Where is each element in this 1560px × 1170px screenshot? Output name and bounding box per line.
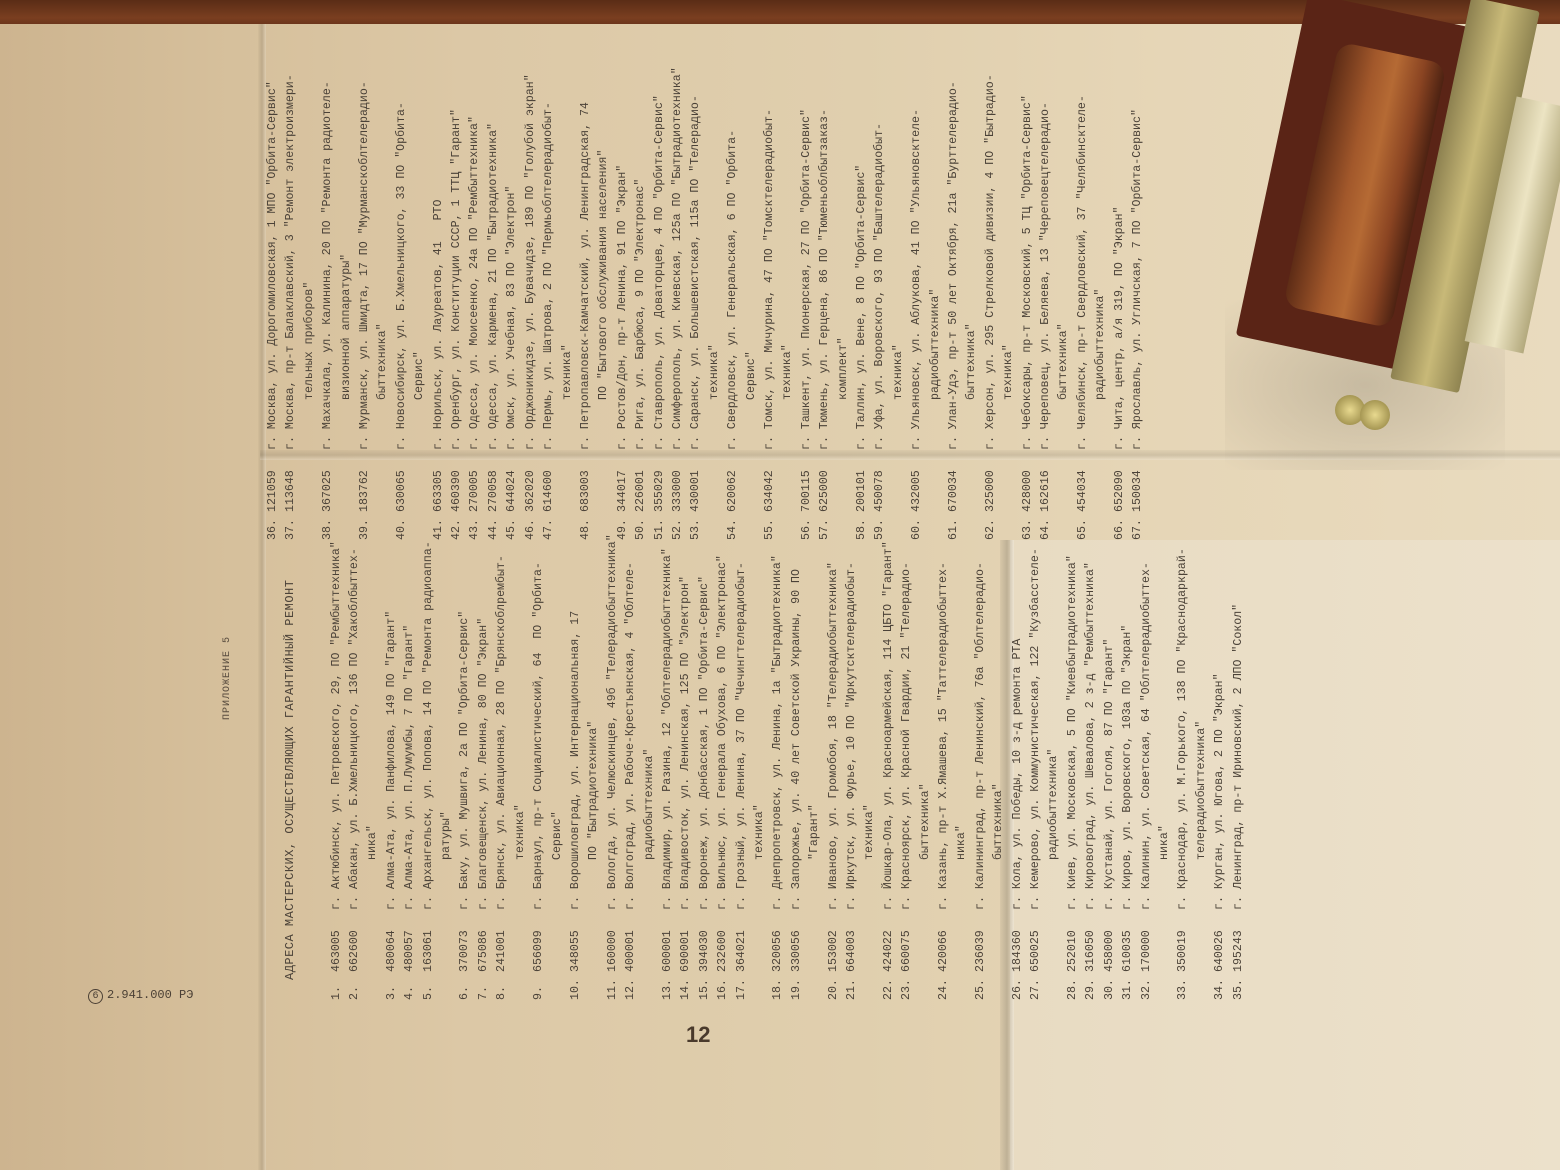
postal-code: 350019 <box>1174 910 1192 972</box>
address-text: г. Благовещенск, ул. Ленина, 80 ПО "Экра… <box>477 618 490 910</box>
entry-number: 27. <box>1027 972 1045 1000</box>
postal-code: 458000 <box>1101 910 1119 972</box>
address-entry: 60.432005г. Ульяновск, ул. Аблукова, 41 … <box>908 40 926 540</box>
entry-number: 34. <box>1211 972 1229 1000</box>
address-entry: 21.664003г. Иркутск, ул. Фурье, 10 ПО "И… <box>843 540 861 1000</box>
postal-code: 700115 <box>798 450 816 512</box>
relay-terminal <box>1360 400 1390 430</box>
address-continuation: техника" <box>861 540 879 1000</box>
postal-code: 454034 <box>1074 450 1092 512</box>
address-continuation: техника" <box>706 40 724 540</box>
entry-number: 21. <box>843 972 861 1000</box>
address-entry: 52.333000г. Симферополь, ул. Киевская, 1… <box>669 40 687 540</box>
entry-number: 47. <box>540 512 558 540</box>
document-code: 62.941.000 РЭ <box>88 988 193 1004</box>
postal-code: 620062 <box>724 450 742 512</box>
postal-code: 195243 <box>1230 910 1248 972</box>
postal-code: 675086 <box>475 910 493 972</box>
entry-number: 4. <box>401 972 419 1000</box>
address-entry: 22.424022г. Йошкар-Ола, ул. Красноармейс… <box>880 540 898 1000</box>
entry-number: 17. <box>733 972 751 1000</box>
entry-number: 16. <box>714 972 732 1000</box>
postal-code: 394030 <box>696 910 714 972</box>
entry-number: 45. <box>503 512 521 540</box>
address-entry: 31.610035г. Киров, ул. Воровского, 103а … <box>1119 540 1137 1000</box>
address-text: г. Красноярск, ул. Красной Гвардии, 21 "… <box>900 562 913 910</box>
address-continuation: техника" <box>1000 40 1018 540</box>
postal-code: 162616 <box>1037 450 1055 512</box>
address-entry: 51.355029г. Ставрополь, ул. Доваторцев, … <box>651 40 669 540</box>
address-list-part-1: АДРЕСА МАСТЕРСКИХ, ОСУЩЕСТВЛЯЮЩИХ ГАРАНТ… <box>244 540 1248 1000</box>
address-entry: 46.362020г. Орджоникидзе, ул. Бувачидзе,… <box>522 40 540 540</box>
entry-number: 51. <box>651 512 669 540</box>
postal-code: 333000 <box>669 450 687 512</box>
address-entry: 2.662600г. Абакан, ул. Б.Хмельницкого, 1… <box>346 540 364 1000</box>
address-entry: 25.236039г. Калининград, пр-т Ленинский,… <box>972 540 990 1000</box>
entry-number: 35. <box>1230 972 1248 1000</box>
address-text: г. Пермь, ул. Шатрова, 2 ПО "Пермьоблтел… <box>542 102 555 450</box>
postal-code: 614600 <box>540 450 558 512</box>
address-text: г. Ростов/Дон, пр-т Ленина, 91 ПО "Экран… <box>616 165 629 450</box>
address-entry: 34.640026г. Курган, ул. Югова, 2 ПО "Экр… <box>1211 540 1229 1000</box>
address-text: г. Чебоксары, пр-т Московский, 5 ТЦ "Орб… <box>1021 95 1034 450</box>
entry-number: 2. <box>346 972 364 1000</box>
entry-number: 13. <box>659 972 677 1000</box>
address-entry: 10.348055г. Ворошиловград, ул. Интернаци… <box>567 540 585 1000</box>
postal-code: 428000 <box>1019 450 1037 512</box>
address-continuation: ника" <box>953 540 971 1000</box>
address-continuation: быттехника" <box>963 40 981 540</box>
entry-number: 20. <box>825 972 843 1000</box>
address-text: г. Воронеж, ул. Донбасская, 1 ПО "Орбита… <box>698 576 711 910</box>
postal-code: 232600 <box>714 910 732 972</box>
entry-number: 39. <box>356 512 374 540</box>
address-continuation: комплект" <box>835 40 853 540</box>
address-text: г. Владимир, ул. Разина, 12 "Облтелеради… <box>661 548 674 910</box>
entry-number: 29. <box>1082 972 1100 1000</box>
address-entry: 62.325000г. Херсон, ул. 295 Стрелковой д… <box>982 40 1000 540</box>
address-text: г. Норильск, ул. Лауреатов, 41 РТО <box>432 200 445 450</box>
postal-code: 367025 <box>319 450 337 512</box>
postal-code: 650025 <box>1027 910 1045 972</box>
document-title: АДРЕСА МАСТЕРСКИХ, ОСУЩЕСТВЛЯЮЩИХ ГАРАНТ… <box>281 540 299 1000</box>
postal-code: 355029 <box>651 450 669 512</box>
address-text: г. Иркутск, ул. Фурье, 10 ПО "Иркутсктел… <box>845 562 858 910</box>
address-list-part-2: 36.121059г. Москва, ул. Дорогомиловская,… <box>264 40 1148 540</box>
postal-code: 656099 <box>530 910 548 972</box>
entry-number: 50. <box>632 512 650 540</box>
address-text: г. Новосибирск, ул. Б.Хмельницкого, 33 П… <box>395 102 408 450</box>
address-text: г. Мурманск, ул. Шмидта, 17 ПО "Мурманск… <box>358 81 371 450</box>
postal-code: 348055 <box>567 910 585 972</box>
postal-code: 450078 <box>871 450 889 512</box>
address-text: г. Казань, пр-т Х.Ямашева, 15 "Таттелера… <box>937 562 950 910</box>
entry-number: 3. <box>383 972 401 1000</box>
address-entry: 65.454034г. Челябинск, пр-т Свердловский… <box>1074 40 1092 540</box>
address-entry: 13.600001г. Владимир, ул. Разина, 12 "Об… <box>659 540 677 1000</box>
address-entry: 64.162616г. Череповец, ул. Беляева, 13 "… <box>1037 40 1055 540</box>
postal-code: 683003 <box>577 450 595 512</box>
address-entry: 45.644024г. Омск, ул. Учебная, 83 ПО "Эл… <box>503 40 521 540</box>
address-text: г. Актюбинск, ул. Петровского, 29, ПО "Р… <box>330 541 343 910</box>
address-continuation: Сервис" <box>549 540 567 1000</box>
address-text: г. Кола, ул. Победы, 10 з-д ремонта РТА <box>1011 639 1024 910</box>
entry-number: 43. <box>466 512 484 540</box>
address-text: г. Днепропетровск, ул. Ленина, 1а "Бытра… <box>771 555 784 910</box>
address-continuation: техника" <box>890 40 908 540</box>
address-text: г. Ярославль, ул. Угличская, 7 ПО "Орбит… <box>1131 109 1144 450</box>
address-text: г. Томск, ул. Мичурина, 47 ПО "Томсктеле… <box>763 109 776 450</box>
postal-code: 252010 <box>1064 910 1082 972</box>
address-text: г. Йошкар-Ола, ул. Красноармейская, 114 … <box>882 541 895 910</box>
address-text: г. Рига, ул. Барбюса, 9 ПО "Электронас" <box>634 179 647 450</box>
address-entry: 36.121059г. Москва, ул. Дорогомиловская,… <box>264 40 282 540</box>
entry-number: 18. <box>769 972 787 1000</box>
appendix-label: ПРИЛОЖЕНИЕ 5 <box>222 636 233 720</box>
entry-number: 12. <box>622 972 640 1000</box>
postal-code: 664003 <box>843 910 861 972</box>
address-entry: 66.652090г. Чита, центр, а/я 319, ПО "Эк… <box>1111 40 1129 540</box>
address-text: г. Калинин, ул. Советская, 64 "Облтелера… <box>1140 562 1153 910</box>
address-text: г. Саранск, ул. Большевистская, 115а ПО … <box>689 95 702 450</box>
entry-number: 15. <box>696 972 714 1000</box>
postal-code: 644024 <box>503 450 521 512</box>
postal-code: 432005 <box>908 450 926 512</box>
address-text: г. Кировоград, ул. Шевалова, 2 з-д "Ремб… <box>1084 562 1097 910</box>
address-text: г. Брянск, ул. Авиационная, 28 ПО "Брянс… <box>495 555 508 910</box>
postal-code: 463005 <box>328 910 346 972</box>
address-entry: 57.625000г. Тюмень, ул. Герцена, 86 ПО "… <box>816 40 834 540</box>
address-continuation: визионной аппаратуры" <box>338 40 356 540</box>
address-entry: 58.200101г. Таллин, ул. Вене, 8 ПО "Орби… <box>853 40 871 540</box>
postal-code: 630065 <box>393 450 411 512</box>
entry-number: 9. <box>530 972 548 1000</box>
entry-number: 64. <box>1037 512 1055 540</box>
postal-code: 480057 <box>401 910 419 972</box>
address-entry: 27.650025г. Кемерово, ул. Коммунистическ… <box>1027 540 1045 1000</box>
entry-number: 30. <box>1101 972 1119 1000</box>
postal-code: 153002 <box>825 910 843 972</box>
entry-number: 14. <box>677 972 695 1000</box>
address-continuation: техника" <box>559 40 577 540</box>
postal-code: 183762 <box>356 450 374 512</box>
address-entry: 61.670034г. Улан-Удэ, пр-т 50 лет Октябр… <box>945 40 963 540</box>
entry-number: 25. <box>972 972 990 1000</box>
address-text: г. Оренбург, ул. Конституции СССР, 1 ТТЦ… <box>450 109 463 450</box>
address-entry: 54.620062г. Свердловск, ул. Генеральская… <box>724 40 742 540</box>
postal-code: 364021 <box>733 910 751 972</box>
entry-number: 7. <box>475 972 493 1000</box>
address-continuation: быттехника" <box>990 540 1008 1000</box>
entry-number: 67. <box>1129 512 1147 540</box>
address-entry: 24.420066г. Казань, пр-т Х.Ямашева, 15 "… <box>935 540 953 1000</box>
address-text: г. Улан-Удэ, пр-т 50 лет Октября, 21а "Б… <box>947 81 960 450</box>
address-text: г. Симферополь, ул. Киевская, 125а ПО "Б… <box>671 67 684 450</box>
document-code-text: 2.941.000 РЭ <box>107 988 193 1002</box>
address-entry: 40.630065г. Новосибирск, ул. Б.Хмельницк… <box>393 40 411 540</box>
entry-number: 57. <box>816 512 834 540</box>
handwritten-page-number: 12 <box>686 1022 710 1048</box>
address-entry: 20.153002г. Иваново, ул. Громобоя, 18 "Т… <box>825 540 843 1000</box>
entry-number: 62. <box>982 512 1000 540</box>
postal-code: 610035 <box>1119 910 1137 972</box>
postal-code: 163061 <box>420 910 438 972</box>
entry-number: 42. <box>448 512 466 540</box>
address-entry: 6.370073г. Баку, ул. Мушвига, 2а ПО "Орб… <box>456 540 474 1000</box>
address-continuation: техника" <box>512 540 530 1000</box>
address-continuation: ника" <box>364 540 382 1000</box>
entry-number: 54. <box>724 512 742 540</box>
address-entry: 56.700115г. Ташкент, ул. Пионерская, 27 … <box>798 40 816 540</box>
address-entry: 19.330056г. Запорожье, ул. 40 лет Советс… <box>788 540 806 1000</box>
address-text: г. Вильнюс, ул. Генерала Обухова, 6 ПО "… <box>716 555 729 910</box>
address-entry: 50.226001г. Рига, ул. Барбюса, 9 ПО "Эле… <box>632 40 650 540</box>
entry-number: 40. <box>393 512 411 540</box>
address-continuation: быттехника" <box>1055 40 1073 540</box>
address-entry: 5.163061г. Архангельск, ул. Попова, 14 П… <box>420 540 438 1000</box>
address-text: г. Таллин, ул. Вене, 8 ПО "Орбита-Сервис… <box>855 165 868 450</box>
entry-number: 49. <box>614 512 632 540</box>
postal-code: 430001 <box>687 450 705 512</box>
postal-code: 184360 <box>1009 910 1027 972</box>
address-entry: 11.160000г. Вологда, ул. Челюскинцев, 49… <box>604 540 622 1000</box>
address-text: г. Махачкала, ул. Калинина, 20 ПО "Ремон… <box>321 81 334 450</box>
address-text: г. Ставрополь, ул. Доваторцев, 4 ПО "Орб… <box>653 95 666 450</box>
address-entry: 49.344017г. Ростов/Дон, пр-т Ленина, 91 … <box>614 40 632 540</box>
postal-code: 150034 <box>1129 450 1147 512</box>
postal-code: 640026 <box>1211 910 1229 972</box>
address-entry: 3.480064г. Алма-Ата, ул. Панфилова, 149 … <box>383 540 401 1000</box>
entry-number: 63. <box>1019 512 1037 540</box>
address-text: г. Орджоникидзе, ул. Бувачидзе, 189 ПО "… <box>524 74 537 450</box>
address-entry: 39.183762г. Мурманск, ул. Шмидта, 17 ПО … <box>356 40 374 540</box>
postal-code: 420066 <box>935 910 953 972</box>
address-entry: 8.241001г. Брянск, ул. Авиационная, 28 П… <box>493 540 511 1000</box>
entry-number: 44. <box>485 512 503 540</box>
address-entry: 53.430001г. Саранск, ул. Большевистская,… <box>687 40 705 540</box>
address-text: г. Херсон, ул. 295 Стрелковой дивизии, 4… <box>984 74 997 450</box>
postal-code: 460390 <box>448 450 466 512</box>
address-entry: 63.428000г. Чебоксары, пр-т Московский, … <box>1019 40 1037 540</box>
address-continuation: Сервис" <box>743 40 761 540</box>
address-text: г. Одесса, ул. Кармена, 21 ПО "Бытрадиот… <box>487 123 500 450</box>
entry-number: 56. <box>798 512 816 540</box>
postal-code: 670034 <box>945 450 963 512</box>
address-entry: 12.400001г. Волгоград, ул. Рабоче-Кресть… <box>622 540 640 1000</box>
address-text: г. Калининград, пр-т Ленинский, 76а "Обл… <box>974 562 987 910</box>
address-entry: 23.660075г. Красноярск, ул. Красной Гвар… <box>898 540 916 1000</box>
electromagnetic-relay-object <box>1240 0 1560 440</box>
address-entry: 42.460390г. Оренбург, ул. Конституции СС… <box>448 40 466 540</box>
address-text: г. Чита, центр, а/я 319, ПО "Экран" <box>1113 206 1126 450</box>
address-entry: 17.364021г. Грозный, ул. Ленина, 37 ПО "… <box>733 540 751 1000</box>
entry-number: 66. <box>1111 512 1129 540</box>
postal-code: 362020 <box>522 450 540 512</box>
postal-code: 236039 <box>972 910 990 972</box>
postal-code: 600001 <box>659 910 677 972</box>
entry-number: 61. <box>945 512 963 540</box>
address-entry: 47.614600г. Пермь, ул. Шатрова, 2 ПО "Пе… <box>540 40 558 540</box>
address-continuation: техника" <box>751 540 769 1000</box>
postal-code: 660075 <box>898 910 916 972</box>
address-text: г. Запорожье, ул. 40 лет Советской Украи… <box>790 569 803 910</box>
address-continuation: "Гарант" <box>806 540 824 1000</box>
address-text: г. Петропавловск-Камчатский, ул. Ленингр… <box>579 102 592 450</box>
address-entry: 9.656099г. Барнаул, пр-т Социалистически… <box>530 540 548 1000</box>
address-entry: 1.463005г. Актюбинск, ул. Петровского, 2… <box>328 540 346 1000</box>
entry-number: 22. <box>880 972 898 1000</box>
address-entry: 48.683003г. Петропавловск-Камчатский, ул… <box>577 40 595 540</box>
entry-number: 36. <box>264 512 282 540</box>
address-entry: 43.270005г. Одесса, ул. Моисеенко, 24а П… <box>466 40 484 540</box>
address-continuation: техника" <box>779 40 797 540</box>
postal-code: 325000 <box>982 450 1000 512</box>
postal-code: 121059 <box>264 450 282 512</box>
address-text: г. Курган, ул. Югова, 2 ПО "Экран" <box>1213 673 1226 910</box>
postal-code: 424022 <box>880 910 898 972</box>
address-text: г. Абакан, ул. Б.Хмельницкого, 136 ПО "Х… <box>348 548 361 910</box>
address-entry: 14.690001г. Владивосток, ул. Ленинская, … <box>677 540 695 1000</box>
address-entry: 26.184360г. Кола, ул. Победы, 10 з-д рем… <box>1009 540 1027 1000</box>
address-text: г. Тюмень, ул. Герцена, 86 ПО "Тюменьобл… <box>818 109 831 450</box>
postal-code: 662600 <box>346 910 364 972</box>
postal-code: 690001 <box>677 910 695 972</box>
address-entry: 7.675086г. Благовещенск, ул. Ленина, 80 … <box>475 540 493 1000</box>
address-text: г. Ворошиловград, ул. Интернациональная,… <box>569 611 582 910</box>
address-entry: 41.663305г. Норильск, ул. Лауреатов, 41 … <box>430 40 448 540</box>
address-text: г. Кустанай, ул. Гоголя, 87 ПО "Гарант" <box>1103 639 1116 910</box>
address-continuation: ПО "Бытрадиотехника" <box>585 540 603 1000</box>
postal-code: 480064 <box>383 910 401 972</box>
entry-number: 32. <box>1138 972 1156 1000</box>
address-entry: 59.450078г. Уфа, ул. Воровского, 93 ПО "… <box>871 40 889 540</box>
address-text: г. Краснодар, ул. М.Горького, 138 ПО "Кр… <box>1176 548 1189 910</box>
entry-number: 10. <box>567 972 585 1000</box>
postal-code: 316050 <box>1082 910 1100 972</box>
entry-number: 8. <box>493 972 511 1000</box>
address-continuation: ПО "Бытового обслуживания населения" <box>595 40 613 540</box>
entry-number: 41. <box>430 512 448 540</box>
postal-code: 200101 <box>853 450 871 512</box>
entry-number: 6. <box>456 972 474 1000</box>
address-entry: 55.634042г. Томск, ул. Мичурина, 47 ПО "… <box>761 40 779 540</box>
address-text: г. Владивосток, ул. Ленинская, 125 ПО "Э… <box>679 576 692 910</box>
postal-code: 330056 <box>788 910 806 972</box>
address-continuation: ратуры" <box>438 540 456 1000</box>
postal-code: 370073 <box>456 910 474 972</box>
postal-code: 113648 <box>282 450 300 512</box>
postal-code: 625000 <box>816 450 834 512</box>
postal-code: 270005 <box>466 450 484 512</box>
entry-number: 60. <box>908 512 926 540</box>
postal-code: 241001 <box>493 910 511 972</box>
address-continuation: быттехника" <box>917 540 935 1000</box>
address-continuation: радиобыттехника" <box>1092 40 1110 540</box>
address-text: г. Алма-Ата, ул. Панфилова, 149 ПО "Гара… <box>385 611 398 910</box>
entry-number: 26. <box>1009 972 1027 1000</box>
entry-number: 59. <box>871 512 889 540</box>
entry-number: 65. <box>1074 512 1092 540</box>
address-text: г. Омск, ул. Учебная, 83 ПО "Электрон" <box>505 186 518 450</box>
address-continuation: быттехника" <box>374 40 392 540</box>
address-text: г. Уфа, ул. Воровского, 93 ПО "Баштелера… <box>873 123 886 450</box>
entry-number: 31. <box>1119 972 1137 1000</box>
postal-code: 663305 <box>430 450 448 512</box>
entry-number: 23. <box>898 972 916 1000</box>
address-text: г. Волгоград, ул. Рабоче-Крестьянская, 4… <box>624 562 637 910</box>
address-text: г. Одесса, ул. Моисеенко, 24а ПО "Рембыт… <box>468 116 481 450</box>
postal-code: 344017 <box>614 450 632 512</box>
postal-code: 160000 <box>604 910 622 972</box>
address-entry: 30.458000г. Кустанай, ул. Гоголя, 87 ПО … <box>1101 540 1119 1000</box>
address-text: г. Киев, ул. Московская, 5 ПО "Киевбытра… <box>1066 555 1079 910</box>
postal-code: 170000 <box>1138 910 1156 972</box>
address-text: г. Алма-Ата, ул. П.Лумумбы, 7 ПО "Гарант… <box>403 625 416 910</box>
address-continuation: ника" <box>1156 540 1174 1000</box>
postal-code: 652090 <box>1111 450 1129 512</box>
address-text: г. Иваново, ул. Громобоя, 18 "Телерадиоб… <box>827 562 840 910</box>
entry-number: 48. <box>577 512 595 540</box>
address-entry: 35.195243г. Ленинград, пр-т Ириновский, … <box>1230 540 1248 1000</box>
address-entry: 29.316050г. Кировоград, ул. Шевалова, 2 … <box>1082 540 1100 1000</box>
entry-number: 53. <box>687 512 705 540</box>
address-entry: 67.150034г. Ярославль, ул. Угличская, 7 … <box>1129 40 1147 540</box>
postal-code: 400001 <box>622 910 640 972</box>
address-entry: 4.480057г. Алма-Ата, ул. П.Лумумбы, 7 ПО… <box>401 540 419 1000</box>
address-entry: 44.270058г. Одесса, ул. Кармена, 21 ПО "… <box>485 40 503 540</box>
address-entry: 28.252010г. Киев, ул. Московская, 5 ПО "… <box>1064 540 1082 1000</box>
address-text: г. Барнаул, пр-т Социалистический, 64 ПО… <box>532 562 545 910</box>
entry-number: 5. <box>420 972 438 1000</box>
entry-number: 11. <box>604 972 622 1000</box>
address-text: г. Челябинск, пр-т Свердловский, 37 "Чел… <box>1076 95 1089 450</box>
postal-code: 226001 <box>632 450 650 512</box>
entry-number: 58. <box>853 512 871 540</box>
entry-number: 33. <box>1174 972 1192 1000</box>
entry-number: 1. <box>328 972 346 1000</box>
entry-number: 28. <box>1064 972 1082 1000</box>
address-text: г. Москва, ул. Дорогомиловская, 1 МПО "О… <box>266 81 279 450</box>
address-continuation: радиобыттехника" <box>1045 540 1063 1000</box>
address-entry: 38.367025г. Махачкала, ул. Калинина, 20 … <box>319 40 337 540</box>
address-text: г. Баку, ул. Мушвига, 2а ПО "Орбита-Серв… <box>458 611 471 910</box>
postal-code: 270058 <box>485 450 503 512</box>
address-continuation: радиобыттехника" <box>641 540 659 1000</box>
address-text: г. Москва, пр-т Балаклавский, 3 "Ремонт … <box>284 74 297 450</box>
sheet-number-circle: 6 <box>88 989 103 1004</box>
postal-code: 320056 <box>769 910 787 972</box>
address-text: г. Грозный, ул. Ленина, 37 ПО "Чечингтел… <box>735 562 748 910</box>
address-continuation: радиобыттехника" <box>927 40 945 540</box>
address-text: г. Вологда, ул. Челюскинцев, 49б "Телера… <box>606 534 619 910</box>
entry-number: 52. <box>669 512 687 540</box>
address-text: г. Ташкент, ул. Пионерская, 27 ПО "Орбит… <box>800 109 813 450</box>
address-continuation: тельных приборов" <box>301 40 319 540</box>
address-entry: 32.170000г. Калинин, ул. Советская, 64 "… <box>1138 540 1156 1000</box>
entry-number: 55. <box>761 512 779 540</box>
postal-code: 634042 <box>761 450 779 512</box>
address-continuation: Сервис" <box>411 40 429 540</box>
address-entry: 15.394030г. Воронеж, ул. Донбасская, 1 П… <box>696 540 714 1000</box>
entry-number: 24. <box>935 972 953 1000</box>
address-text: г. Ульяновск, ул. Аблукова, 41 ПО "Ульян… <box>910 109 923 450</box>
address-continuation: телерадиобыттехника" <box>1193 540 1211 1000</box>
entry-number: 38. <box>319 512 337 540</box>
entry-number: 37. <box>282 512 300 540</box>
address-text: г. Череповец, ул. Беляева, 13 "Череповец… <box>1039 102 1052 450</box>
entry-number: 46. <box>522 512 540 540</box>
address-text: г. Ленинград, пр-т Ириновский, 2 ЛПО "Со… <box>1232 604 1245 910</box>
